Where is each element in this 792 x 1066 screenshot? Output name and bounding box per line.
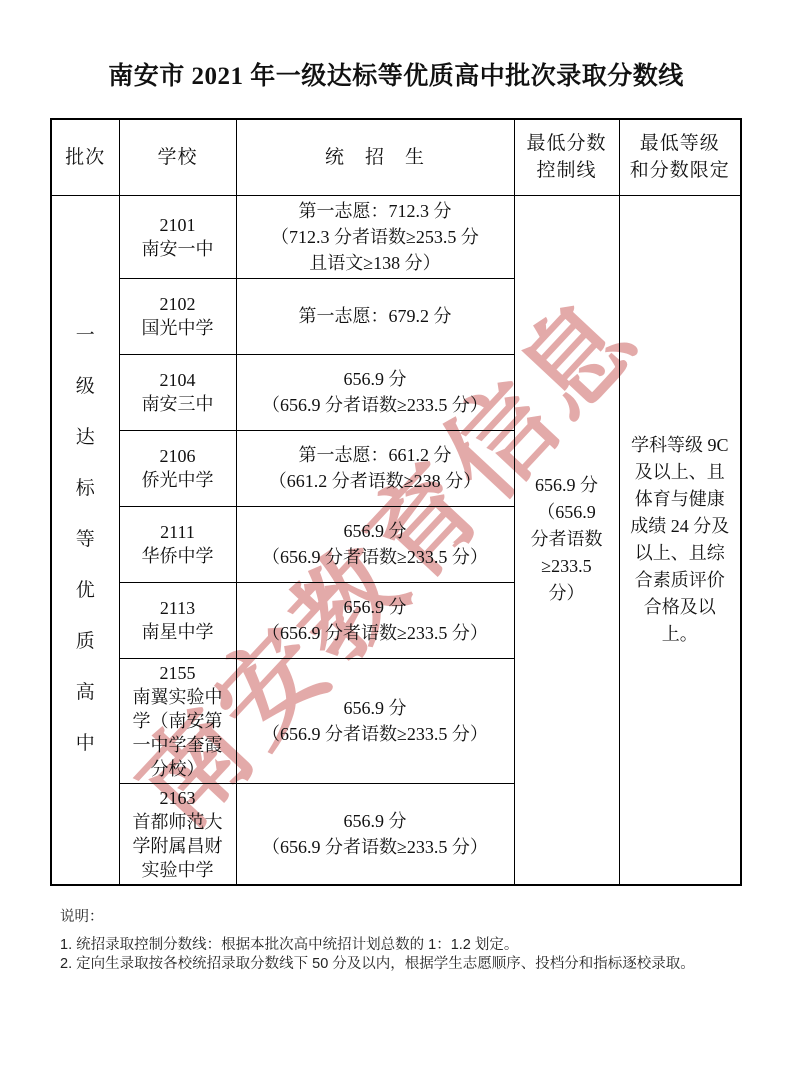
- notes-section: 说明： 1. 统招录取控制分数线：根据本批次高中统招计划总数的 1：1.2 划定…: [60, 908, 752, 974]
- school-cell: 2104 南安三中: [119, 354, 236, 430]
- batch-label-vertical: 一 级 达 标 等 优 质 高 中: [51, 195, 119, 885]
- document-page: 南安教育信息 南安市 2021 年一级达标等优质高中批次录取分数线 批次 学校 …: [0, 0, 792, 1066]
- col-header-batch: 批次: [51, 119, 119, 195]
- admission-score-table: 批次 学校 统 招 生 最低分数 控制线 最低等级 和分数限定 一 级 达 标 …: [50, 118, 742, 886]
- score-cell: 656.9 分 （656.9 分者语数≥233.5 分）: [236, 582, 514, 658]
- note-item-1: 1. 统招录取控制分数线：根据本批次高中统招计划总数的 1：1.2 划定。: [60, 936, 752, 955]
- score-cell: 656.9 分 （656.9 分者语数≥233.5 分）: [236, 506, 514, 582]
- col-header-min-control-line: 最低分数 控制线: [514, 119, 619, 195]
- notes-heading: 说明：: [60, 908, 752, 927]
- table-header-row: 批次 学校 统 招 生 最低分数 控制线 最低等级 和分数限定: [51, 119, 741, 195]
- min-grade-limit-cell: 学科等级 9C 及以上、且 体育与健康 成绩 24 分及 以上、且综 合素质评价…: [619, 195, 741, 885]
- score-cell: 656.9 分 （656.9 分者语数≥233.5 分）: [236, 354, 514, 430]
- col-header-school: 学校: [119, 119, 236, 195]
- score-cell: 第一志愿：661.2 分 （661.2 分者语数≥238 分）: [236, 430, 514, 506]
- score-cell: 第一志愿：712.3 分 （712.3 分者语数≥253.5 分 且语文≥138…: [236, 195, 514, 278]
- note-item-2: 2. 定向生录取按各校统招录取分数线下 50 分及以内，根据学生志愿顺序、投档分…: [60, 955, 752, 974]
- school-cell: 2102 国光中学: [119, 278, 236, 354]
- page-title: 南安市 2021 年一级达标等优质高中批次录取分数线: [0, 0, 792, 92]
- school-cell: 2163 首都师范大 学附属昌财 实验中学: [119, 783, 236, 885]
- school-cell: 2106 侨光中学: [119, 430, 236, 506]
- col-header-min-grade-limit: 最低等级 和分数限定: [619, 119, 741, 195]
- school-cell: 2111 华侨中学: [119, 506, 236, 582]
- school-cell: 2155 南翼实验中 学（南安第 一中学奎霞 分校）: [119, 658, 236, 783]
- school-cell: 2113 南星中学: [119, 582, 236, 658]
- score-cell: 第一志愿：679.2 分: [236, 278, 514, 354]
- score-cell: 656.9 分 （656.9 分者语数≥233.5 分）: [236, 783, 514, 885]
- score-cell: 656.9 分 （656.9 分者语数≥233.5 分）: [236, 658, 514, 783]
- school-cell: 2101 南安一中: [119, 195, 236, 278]
- table-row: 一 级 达 标 等 优 质 高 中 2101 南安一中 第一志愿：712.3 分…: [51, 195, 741, 278]
- min-control-line-cell: 656.9 分 （656.9 分者语数 ≥233.5 分）: [514, 195, 619, 885]
- col-header-tongzhaosheng: 统 招 生: [236, 119, 514, 195]
